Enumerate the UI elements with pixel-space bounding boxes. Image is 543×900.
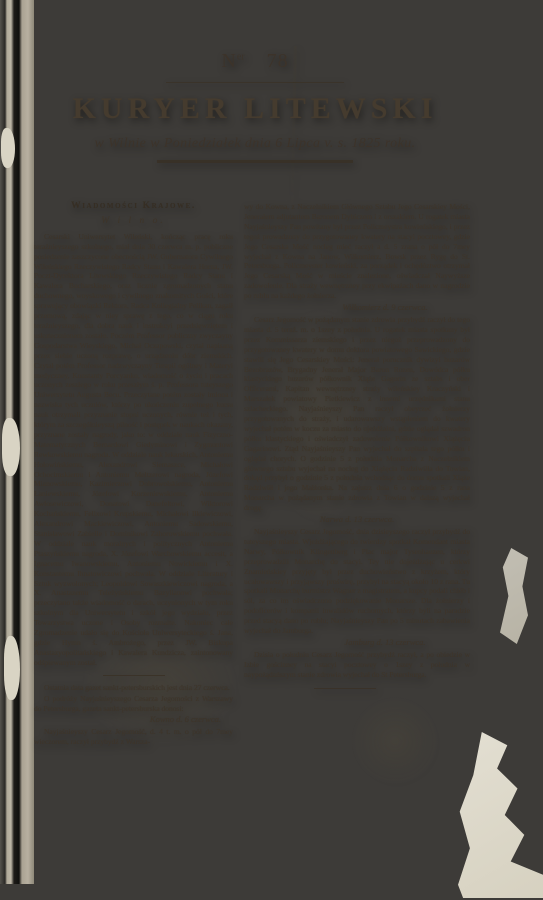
left-paragraph-1: Cesarski Uniwersytet Wileński, kończąc p… (34, 232, 233, 668)
article-columns: Wiadomości Krajowe. W i l n o. Cesarski … (34, 202, 492, 748)
kowno-dateline-heading: Kowno d. 6 czerwca. (34, 715, 233, 725)
section-title: Wiadomości Krajowe. (34, 202, 233, 212)
narwa-dateline-heading: Narwa d. 13 czerwca. (244, 515, 470, 525)
jamburg-dateline-heading: Jamburg d. 13 czerwca. (244, 638, 470, 648)
issue-superscript: er (237, 51, 245, 62)
issue-prefix: N (221, 50, 236, 72)
masthead-rule-bottom (157, 160, 353, 163)
paper-wrapper: Ner78 KURYER LITEWSKI w Wilnie w Poniedz… (0, 0, 543, 900)
masthead-rule-top (166, 82, 344, 83)
right-paragraph-4: Dzisia o południu Cesarz Jegomość przyby… (244, 650, 470, 680)
left-paragraph-3: O podróży Nayjaśnieyszego Cesarza Jegomo… (34, 694, 233, 714)
scanned-newspaper-page: { "masthead": { "issue_prefix": "N", "is… (0, 0, 543, 900)
wilkomierz-dateline-heading: Wiłkomierz d. 9 czerwca. (244, 303, 470, 313)
right-paragraph-3: Nayjaśnieyszy Cesarz Jegomość, dnia dzis… (244, 527, 470, 636)
left-paragraph-2: Ostatnia data gazet sankt-petersburskich… (34, 683, 233, 693)
right-paragraph-2: Cesarz Jegomość w pożądanym stanie zdrow… (244, 315, 470, 513)
newspaper-title: KURYER LITEWSKI (20, 92, 490, 126)
masthead-dateline: w Wilnie w Poniedziałek dnia 6 Lipca v. … (20, 136, 490, 152)
newspaper-sheet: Ner78 KURYER LITEWSKI w Wilnie w Poniedz… (20, 6, 512, 894)
issue-number-line: Ner78 (20, 50, 490, 73)
issue-number: 78 (267, 50, 289, 72)
masthead: Ner78 KURYER LITEWSKI w Wilnie w Poniedz… (20, 50, 490, 163)
left-paragraph-4: Nayjaśnieyszy Cesarz Jegomość, d. 4 t. m… (34, 727, 233, 747)
right-column: wy do Kowna, z Naczelnikiem Głównego Szt… (244, 202, 492, 748)
right-paragraph-1: wy do Kowna, z Naczelnikiem Głównego Szt… (244, 202, 470, 301)
wilno-heading: W i l n o. (34, 217, 233, 227)
divider-rule (103, 675, 165, 676)
left-column: Wiadomości Krajowe. W i l n o. Cesarski … (34, 202, 233, 748)
end-rule (314, 688, 376, 689)
